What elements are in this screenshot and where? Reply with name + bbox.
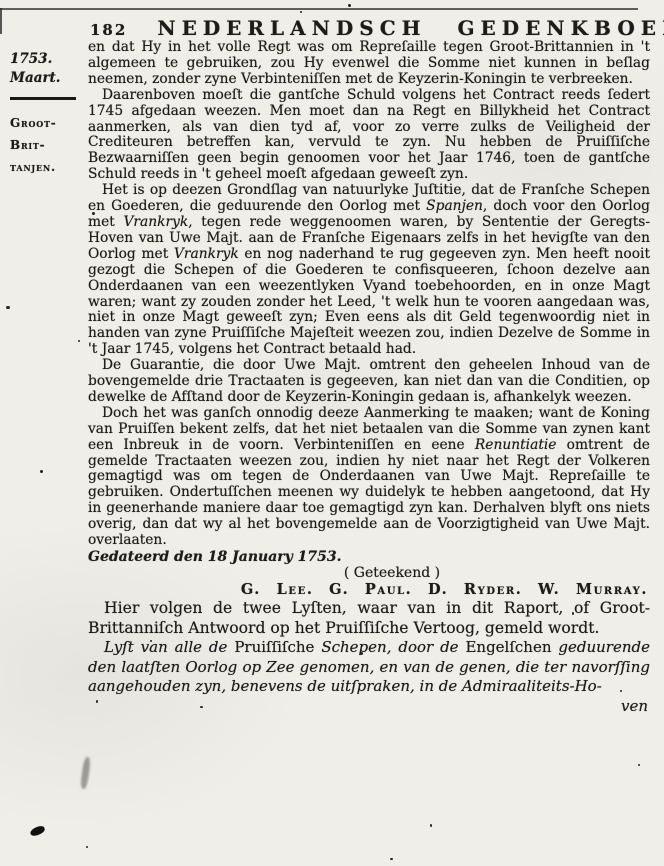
margin-subject-line: Groot- [10,112,84,134]
text-column: en dat Hy in het volle Regt was om Repre… [88,40,650,716]
text-segment: ven [621,697,648,715]
text-segment: en dat Hy in het volle Regt was om Repre… [88,39,650,87]
ink-speck [620,690,622,692]
paragraph-fransche-schepen: Het is op deezen Grondſlag van natuurlyk… [88,183,650,358]
paragraph-lyst-heading: Lyſt van alle de Pruiſſiſche Schepen, do… [88,638,650,697]
ink-speck [96,700,98,703]
ink-smudge [80,757,91,790]
paragraph-guarantie: De Guarantie, die door Uwe Majt. omtrent… [88,358,650,406]
margin-rule [10,97,76,100]
paragraph-renuntiatie: Doch het was ganſch onnodig deeze Aanmer… [88,406,650,549]
ink-speck [150,640,152,642]
ink-blot [29,825,46,837]
margin-subject: Groot- Brit- tanjen. [10,112,84,178]
margin-date: 1753. Maart. [10,50,84,88]
page-number: 182 [90,21,127,39]
running-head: 182 NEDERLANDSCH GEDENKBOEK [90,16,640,40]
ink-speck [200,706,203,708]
margin-month: Maart. [10,69,84,88]
ink-speck [430,824,432,827]
scan-edge-left [0,8,2,34]
ink-speck [572,612,574,615]
text-segment: Schepen [321,638,386,656]
ink-speck [86,846,88,848]
scan-edge-top [0,8,638,10]
text-segment: ( Geteekend ) [344,565,440,581]
text-segment: Daarenboven moeſt die gantſche Schuld vo… [88,87,650,183]
margin-notes: 1753. Maart. Groot- Brit- tanjen. [10,50,84,178]
ink-speck [638,764,640,766]
signatures: G. Lee. G. Paul. D. Ryder. W. Murray. [88,581,650,598]
text-segment: en nog naderhand te rug gegeeven zyn. Me… [88,246,650,357]
signed-label: ( Geteekend ) [88,565,650,581]
ink-speck [92,212,95,215]
text-segment: Vrankryk [174,246,239,262]
ink-speck [360,652,363,655]
running-title: NEDERLANDSCH GEDENKBOEK [157,16,664,40]
text-segment: Spanjen [426,198,483,214]
text-segment: Engelſchen [465,638,558,656]
text-segment: Gedateerd den 18 January 1753. [88,549,342,565]
text-segment: Vrankryk [123,214,188,230]
margin-year: 1753. [10,50,84,69]
paragraph-hier-volgen: Hier volgen de twee Lyſten, waar van in … [88,598,650,638]
text-segment: Pruiſſiſche [234,638,321,656]
text-segment: G. Lee. G. Paul. D. Ryder. W. Murray. [241,581,648,598]
text-segment: Lyſt van alle de [104,638,234,656]
text-segment: omtrent de gemelde Tractaaten weezen zou… [88,437,650,548]
text-segment: , door de [387,638,466,656]
paragraph-represaille-regt: en dat Hy in het volle Regt was om Repre… [88,40,650,88]
text-segment: Renuntiatie [475,437,557,453]
ink-speck [78,340,80,342]
ink-speck [300,11,302,13]
text-segment: De Guarantie, die door Uwe Majt. omtrent… [88,357,650,405]
ink-speck [390,858,393,860]
book-page: 182 NEDERLANDSCH GEDENKBOEK 1753. Maart.… [0,0,664,866]
paragraph-schuld-contract: Daarenboven moeſt die gantſche Schuld vo… [88,88,650,183]
margin-subject-line: tanjen. [10,156,84,178]
dateline: Gedateerd den 18 January 1753. [88,549,650,565]
ink-speck [348,4,351,7]
margin-subject-line: Brit- [10,134,84,156]
catchword: ven [88,697,650,716]
ink-speck [6,306,10,309]
text-segment: Hier volgen de twee Lyſten, waar van in … [88,599,650,637]
ink-speck [40,470,43,473]
